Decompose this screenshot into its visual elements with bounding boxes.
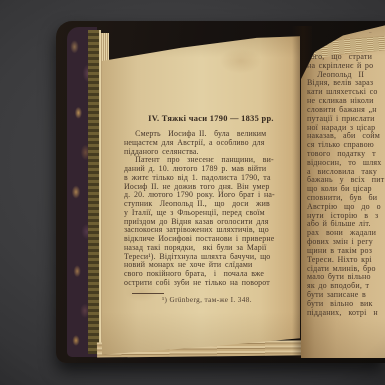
text-line: Австрію що до о bbox=[307, 203, 385, 212]
text-line: фових змін і регу bbox=[307, 238, 385, 247]
text-line: бажань у всіх пит bbox=[307, 176, 385, 185]
text-line: Йосиф II. не дожив того дня. Він умер bbox=[124, 183, 298, 192]
text-line: Відня, велів зараз bbox=[307, 79, 385, 88]
text-line: на скріпленє й ро bbox=[307, 62, 385, 71]
text-line: новий монарх не хоче йти слїдами bbox=[124, 261, 298, 270]
text-line: ної наради з цісар bbox=[307, 124, 385, 133]
chapter-heading: IV. Тяжкі часи 1790 — 1835 рр. bbox=[124, 114, 298, 123]
text-line: підданих, котрі н bbox=[307, 309, 385, 318]
text-line: д. 20. лютого 1790 року. Його брат і на- bbox=[124, 191, 298, 200]
text-line: бути вільно вик bbox=[307, 300, 385, 309]
text-line: приїздом до Відня казав оголосити для bbox=[124, 218, 298, 227]
left-page: IV. Тяжкі часи 1790 — 1835 рр. Смерть Йо… bbox=[102, 28, 300, 358]
text-line: нути історію в з bbox=[307, 212, 385, 221]
text-line: рах вони жадали bbox=[307, 229, 385, 238]
text-line: кати шляхетські со bbox=[307, 88, 385, 97]
text-line: сповнити, був би bbox=[307, 194, 385, 203]
right-page-text-block: того, що стратина скріпленє й ро Леополь… bbox=[307, 53, 385, 317]
text-line: Патент про знесенє панщини, ви- bbox=[124, 156, 298, 165]
text-line: щини в такім роз bbox=[307, 247, 385, 256]
text-line: свого покійного брата, і почала вже bbox=[124, 270, 298, 279]
text-line: острити собі зуби не тілько на поворот bbox=[124, 279, 298, 288]
text-line: того, що страти bbox=[307, 53, 385, 62]
text-line: заспокоєня затрівожених шляхтичів, що bbox=[124, 226, 298, 235]
text-line: не скликав ніколи bbox=[307, 97, 385, 106]
book-photo: IV. Тяжкі часи 1790 — 1835 рр. Смерть Йо… bbox=[0, 0, 385, 385]
text-line: путації і прислати bbox=[307, 115, 385, 124]
text-line: або й більше літ. bbox=[307, 220, 385, 229]
text-line: словити бажаня „н bbox=[307, 106, 385, 115]
footnote: ¹) Grünberg, там-же I. 348. bbox=[162, 296, 298, 304]
text-line: тового податку т bbox=[307, 150, 385, 159]
left-page-body: Смерть Йосифа II. була великимнещастєм д… bbox=[124, 130, 298, 288]
text-line: в житє тілько від 1. падолиста 1790, та bbox=[124, 174, 298, 183]
text-line: Леопольд II bbox=[307, 71, 385, 80]
text-line: ступник Леопольд II., що доси жив bbox=[124, 200, 298, 209]
text-line: підданого селянства. bbox=[124, 148, 298, 157]
text-line: Смерть Йосифа II. була великим bbox=[124, 130, 298, 139]
text-line: як до вподоби, т bbox=[307, 282, 385, 291]
text-line: у Італії, ще з Фльоренції, перед своїм bbox=[124, 209, 298, 218]
text-line: даний д. 10. лютого 1789 р. мав війти bbox=[124, 165, 298, 174]
text-line: наказав, аби сойм bbox=[307, 132, 385, 141]
text-line: що коли би цісар bbox=[307, 185, 385, 194]
text-line: відкличе Йосифові постанови і приверне bbox=[124, 235, 298, 244]
text-line: відносин, то шлях bbox=[307, 159, 385, 168]
text-line: Тереси. Ніхто крі bbox=[307, 256, 385, 265]
text-line: сідати млинів, бро bbox=[307, 265, 385, 274]
page-header-fragment: – bbox=[369, 31, 371, 36]
text-line: мало бути вільно bbox=[307, 273, 385, 282]
right-page: – того, що стратина скріпленє й ро Леопо… bbox=[301, 22, 385, 358]
text-line: Тереси¹). Відітхнула шляхта бачучи, що bbox=[124, 253, 298, 262]
footnote-separator bbox=[132, 293, 164, 294]
text-line: назад такі порядки, які були за Марії bbox=[124, 244, 298, 253]
text-line: а висловила таку bbox=[307, 168, 385, 177]
text-line: бути записане в bbox=[307, 291, 385, 300]
left-page-text-block: IV. Тяжкі часи 1790 — 1835 рр. Смерть Йо… bbox=[124, 114, 298, 304]
text-line: ся тілько справою bbox=[307, 141, 385, 150]
text-line: нещастєм для Австрії, а особливо для bbox=[124, 139, 298, 148]
